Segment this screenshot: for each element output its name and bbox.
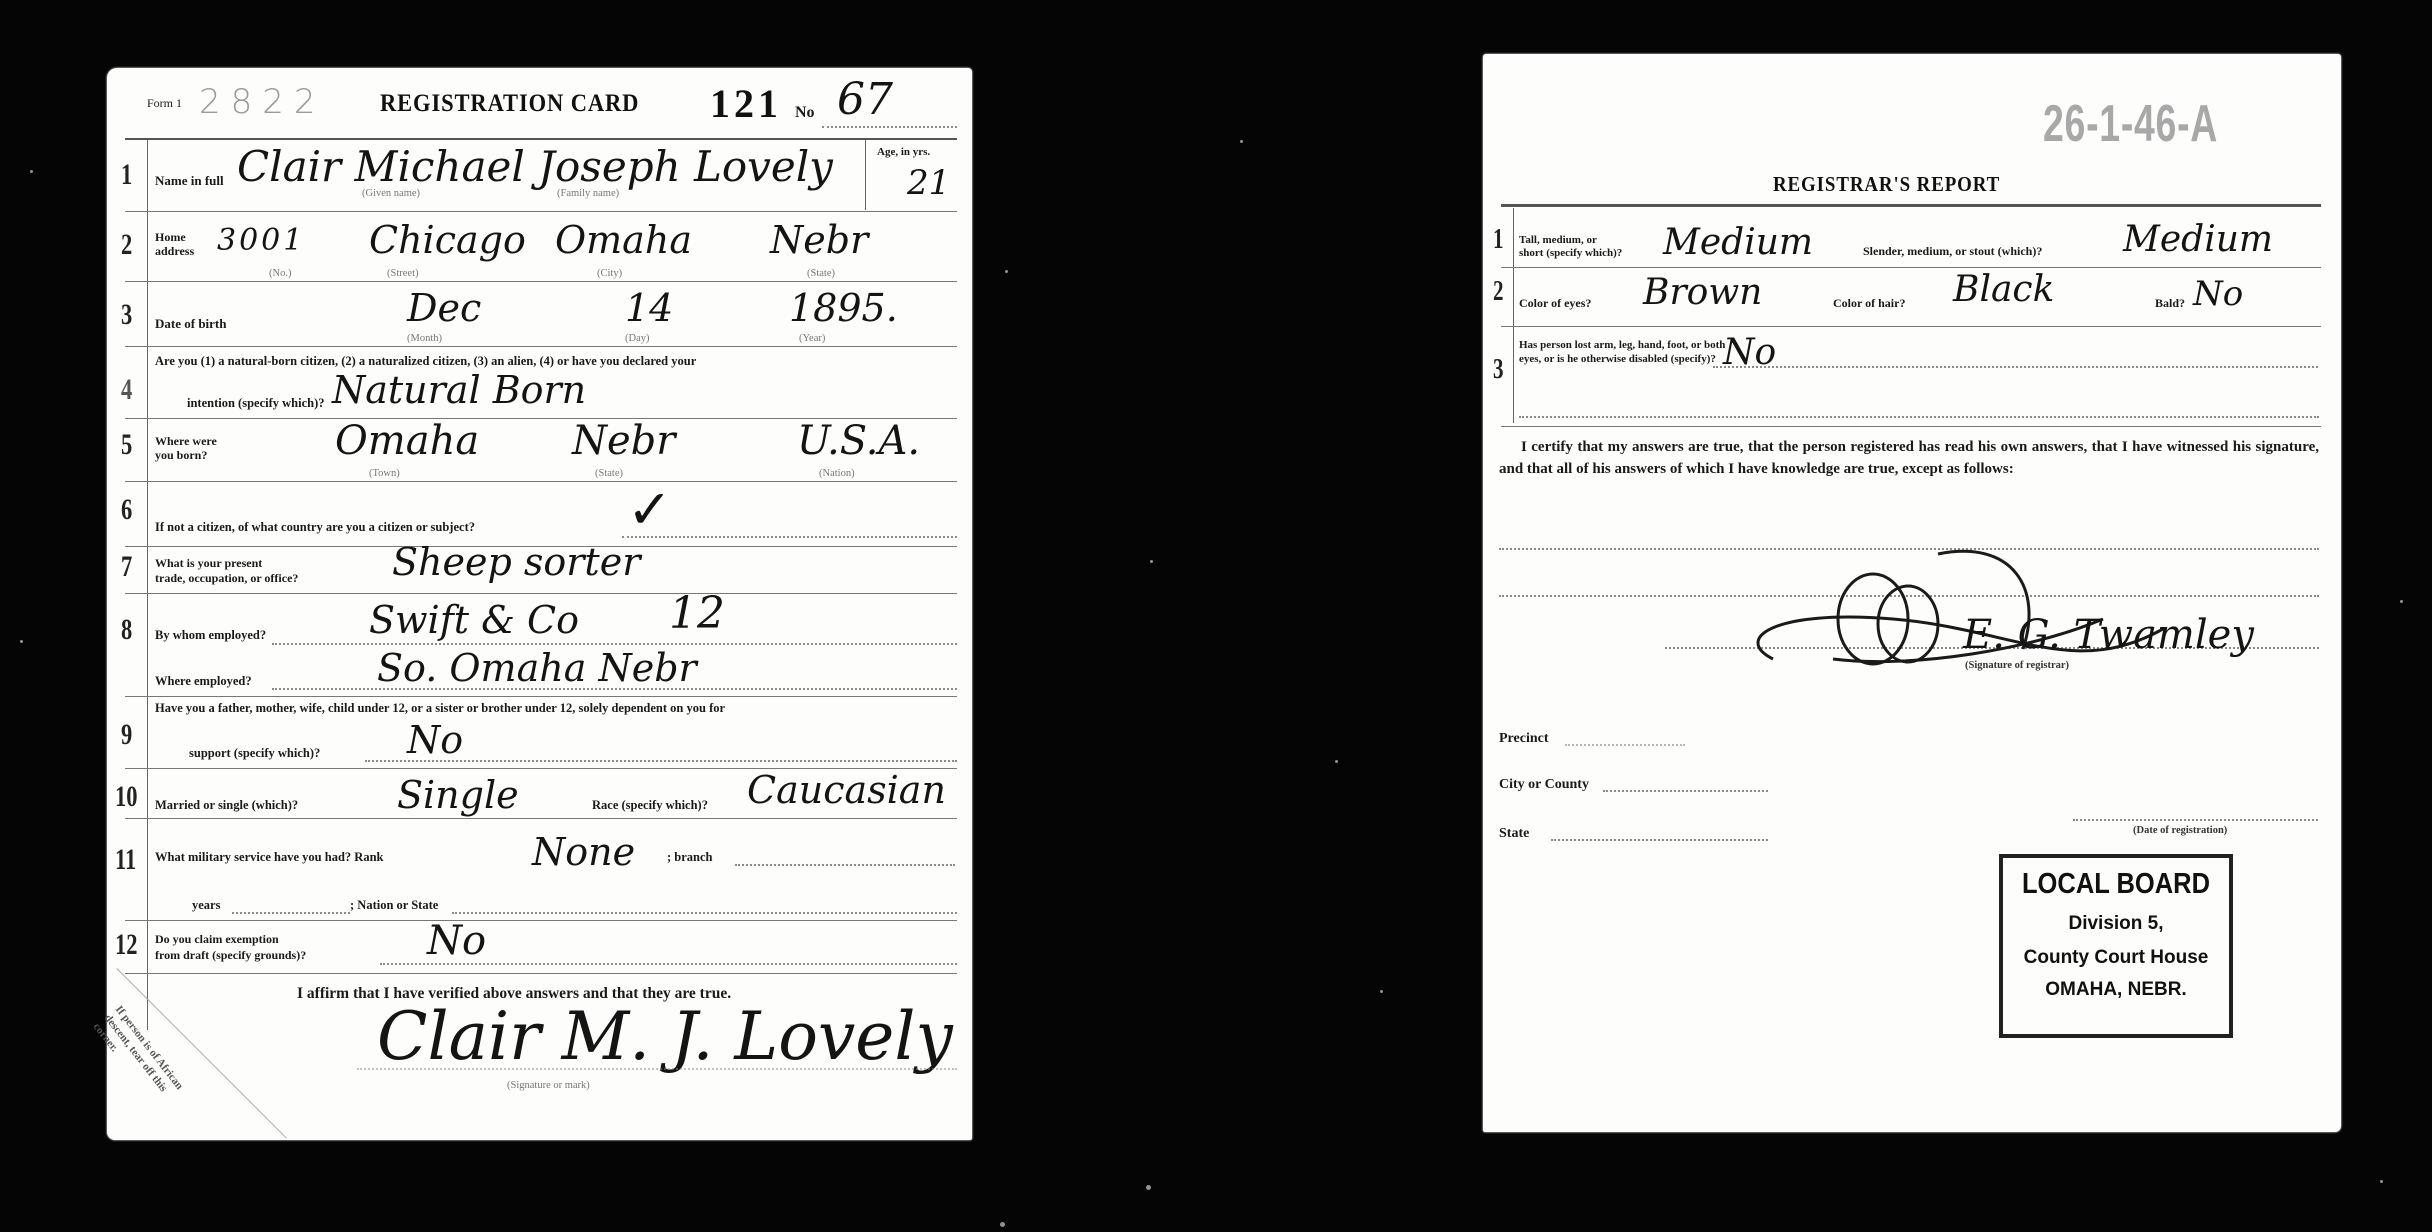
rule: [622, 536, 957, 538]
dob-year-answer: 1895.: [789, 286, 898, 330]
question-number: 1: [121, 158, 132, 192]
marital-status-label: Married or single (which)?: [155, 798, 298, 813]
rule: [125, 346, 957, 347]
occupation-label-2: trade, occupation, or office?: [155, 571, 298, 586]
question-number: 12: [115, 928, 138, 962]
bald-label: Bald?: [2155, 296, 2185, 311]
height-label-2: short (specify which)?: [1519, 247, 1622, 259]
work-location-label: Where employed?: [155, 674, 252, 689]
year-sub: (Year): [799, 333, 825, 344]
precinct-label: Precinct: [1499, 731, 1549, 747]
nation-sub: (Nation): [819, 468, 855, 479]
citizenship-answer: Natural Born: [332, 368, 586, 412]
height-answer: Medium: [1663, 222, 1813, 263]
full-name-answer: Clair Michael Joseph Lovely: [237, 142, 833, 191]
pencil-number: 2822: [199, 82, 326, 122]
rule: [125, 818, 957, 819]
date-registration-sub: (Date of registration): [2133, 825, 2227, 836]
foreign-citizen-label: If not a citizen, of what country are yo…: [155, 520, 475, 535]
rule: [272, 643, 957, 645]
registration-card-front: Form 1 2822 REGISTRATION CARD 121 No 67 …: [107, 68, 972, 1140]
report-title: REGISTRAR'S REPORT: [1773, 172, 2000, 197]
certification-text: I certify that my answers are true, that…: [1499, 436, 2319, 480]
card-number: 67: [837, 74, 893, 125]
scan-speck: [1146, 1185, 1151, 1190]
question-number: 6: [121, 493, 132, 527]
rule: [125, 920, 957, 921]
day-sub: (Day): [625, 333, 650, 344]
height-label: Tall, medium, or: [1519, 234, 1597, 246]
stamp-line: LOCAL BOARD: [2017, 868, 2216, 901]
rule: [822, 126, 957, 128]
form-label: Form 1: [147, 96, 182, 111]
precinct-field: [1565, 744, 1685, 746]
state-sub: (State): [807, 268, 835, 279]
dependents-answer: No: [407, 718, 463, 762]
build-answer: Medium: [2123, 219, 2273, 260]
checkmark-answer: ✓: [627, 478, 672, 541]
registrar-signature-sub: (Signature of registrar): [1965, 660, 2069, 671]
scan-speck: [1380, 990, 1383, 993]
exemption-answer: No: [427, 918, 486, 964]
address-city-answer: Omaha: [555, 218, 692, 262]
rule: [147, 140, 148, 1030]
rule: [272, 688, 957, 690]
question-number: 4: [121, 373, 132, 407]
rule: [865, 140, 866, 210]
occupation-label: What is your present: [155, 556, 262, 571]
rule: [125, 696, 957, 697]
stamp-line: County Court House: [2003, 947, 2229, 969]
question-number: 7: [121, 550, 132, 584]
question-number: 1: [1493, 224, 1504, 256]
eye-color-answer: Brown: [1643, 272, 1762, 313]
disability-label: Has person lost arm, leg, hand, foot, or…: [1519, 339, 1725, 351]
registrar-signature: E. G. Twamley: [1963, 612, 2254, 658]
disability-label-2: eyes, or is he otherwise disabled (speci…: [1519, 353, 1716, 365]
question-number: 2: [121, 228, 132, 262]
family-name-sub: (Family name): [557, 188, 619, 199]
age-label: Age, in yrs.: [877, 146, 930, 158]
military-service-answer: None: [532, 830, 635, 874]
name-label: Name in full: [155, 173, 224, 189]
exemption-label: Do you claim exemption: [155, 932, 279, 947]
build-label: Slender, medium, or stout (which)?: [1863, 244, 2042, 259]
address-street-answer: Chicago: [369, 218, 526, 262]
state-sub: (State): [595, 468, 623, 479]
rule: [1519, 416, 2319, 418]
exemption-label-2: from draft (specify grounds)?: [155, 948, 306, 963]
state-field: [1551, 839, 1768, 841]
serial-stamp: 121: [710, 80, 782, 127]
question-number: 9: [121, 718, 132, 752]
rule: [1513, 208, 1514, 423]
birth-nation-answer: U.S.A.: [797, 418, 920, 464]
address-label: address: [155, 244, 194, 259]
rule: [380, 963, 957, 965]
scan-speck: [1000, 1222, 1005, 1227]
scan-speck: [2380, 1180, 2383, 1183]
local-board-stamp: LOCAL BOARD Division 5, County Court Hou…: [1999, 854, 2233, 1038]
street-sub: (Street): [387, 268, 419, 279]
city-county-field: [1603, 790, 1768, 792]
question-number: 10: [115, 780, 138, 814]
question-number: 2: [1493, 276, 1504, 308]
city-sub: (City): [597, 268, 622, 279]
scan-speck: [1335, 760, 1338, 763]
employer-label: By whom employed?: [155, 628, 266, 643]
question-number: 8: [121, 613, 132, 647]
dob-month-answer: Dec: [407, 286, 481, 330]
town-sub: (Town): [369, 468, 400, 479]
race-answer: Caucasian: [747, 768, 946, 812]
rule: [125, 593, 957, 594]
birthplace-label: Where were: [155, 434, 217, 449]
scan-speck: [20, 640, 23, 643]
scan-speck: [2400, 600, 2403, 603]
bald-answer: No: [2193, 274, 2243, 314]
scan-speck: [1005, 270, 1008, 273]
stamp-line: OMAHA, NEBR.: [2003, 979, 2229, 1001]
given-name-sub: (Given name): [362, 188, 420, 199]
eye-color-label: Color of eyes?: [1519, 296, 1591, 311]
birthplace-label-2: you born?: [155, 448, 207, 463]
marital-status-answer: Single: [397, 773, 519, 817]
date-registration-field: [2073, 819, 2318, 821]
question-number: 11: [115, 843, 136, 877]
rule: [365, 760, 957, 762]
rule: [125, 973, 957, 974]
years-label: years: [192, 898, 220, 913]
city-county-label: City or County: [1499, 777, 1589, 793]
rule: [232, 912, 350, 914]
hair-color-label: Color of hair?: [1833, 296, 1905, 311]
serial-stamp: 26-1-46-A: [2043, 94, 2218, 154]
scan-speck: [1150, 560, 1153, 563]
age-answer: 21: [907, 163, 950, 203]
birth-town-answer: Omaha: [335, 418, 479, 464]
scan-speck: [1240, 140, 1243, 143]
nation-state-label: ; Nation or State: [350, 898, 438, 913]
rule: [125, 281, 957, 282]
address-number-answer: 3001: [217, 223, 305, 258]
question-number: 3: [121, 298, 132, 332]
stamp-line: Division 5,: [2003, 913, 2229, 935]
branch-label: ; branch: [667, 850, 713, 865]
race-label: Race (specify which)?: [592, 798, 708, 813]
home-label: Home: [155, 230, 186, 245]
rule: [125, 211, 957, 212]
rule: [735, 864, 955, 866]
card-title: REGISTRATION CARD: [380, 90, 639, 118]
month-sub: (Month): [407, 333, 442, 344]
hair-color-answer: Black: [1953, 269, 2054, 310]
work-location-answer: So. Omaha Nebr: [377, 646, 697, 690]
employer-answer: Swift & Co: [369, 598, 579, 642]
support-label: support (specify which)?: [189, 746, 320, 761]
citizenship-label: Are you (1) a natural-born citizen, (2) …: [155, 354, 696, 369]
registration-card-back: 26-1-46-A REGISTRAR'S REPORT 1 Tall, med…: [1483, 54, 2341, 1132]
dob-label: Date of birth: [155, 316, 227, 332]
signature-sub: (Signature or mark): [507, 1080, 590, 1091]
rule: [125, 481, 957, 482]
address-state-answer: Nebr: [770, 218, 868, 262]
employer-annotation: 12: [669, 588, 725, 639]
question-number: 5: [121, 428, 132, 462]
rule: [1501, 204, 2321, 207]
rule: [357, 1068, 957, 1070]
occupation-answer: Sheep sorter: [392, 540, 640, 584]
scan-speck: [30, 170, 33, 173]
dependents-label: Have you a father, mother, wife, child u…: [155, 701, 725, 716]
rule: [1501, 267, 2321, 268]
registrant-signature: Clair M. J. Lovely: [377, 998, 953, 1075]
tear-off-corner-note: If person is of African descent, tear of…: [90, 1003, 191, 1116]
birth-state-answer: Nebr: [572, 418, 675, 464]
no-label: No: [795, 104, 815, 122]
rule: [1501, 326, 2321, 327]
rule: [452, 912, 957, 914]
rule: [1501, 426, 2321, 427]
intention-label: intention (specify which)?: [187, 396, 325, 411]
rule: [1713, 366, 2318, 368]
dob-day-answer: 14: [625, 286, 673, 330]
number-sub: (No.): [269, 268, 291, 279]
military-service-label: What military service have you had? Rank: [155, 850, 383, 865]
question-number: 3: [1493, 354, 1504, 386]
state-label: State: [1499, 826, 1529, 842]
rule: [125, 138, 957, 140]
